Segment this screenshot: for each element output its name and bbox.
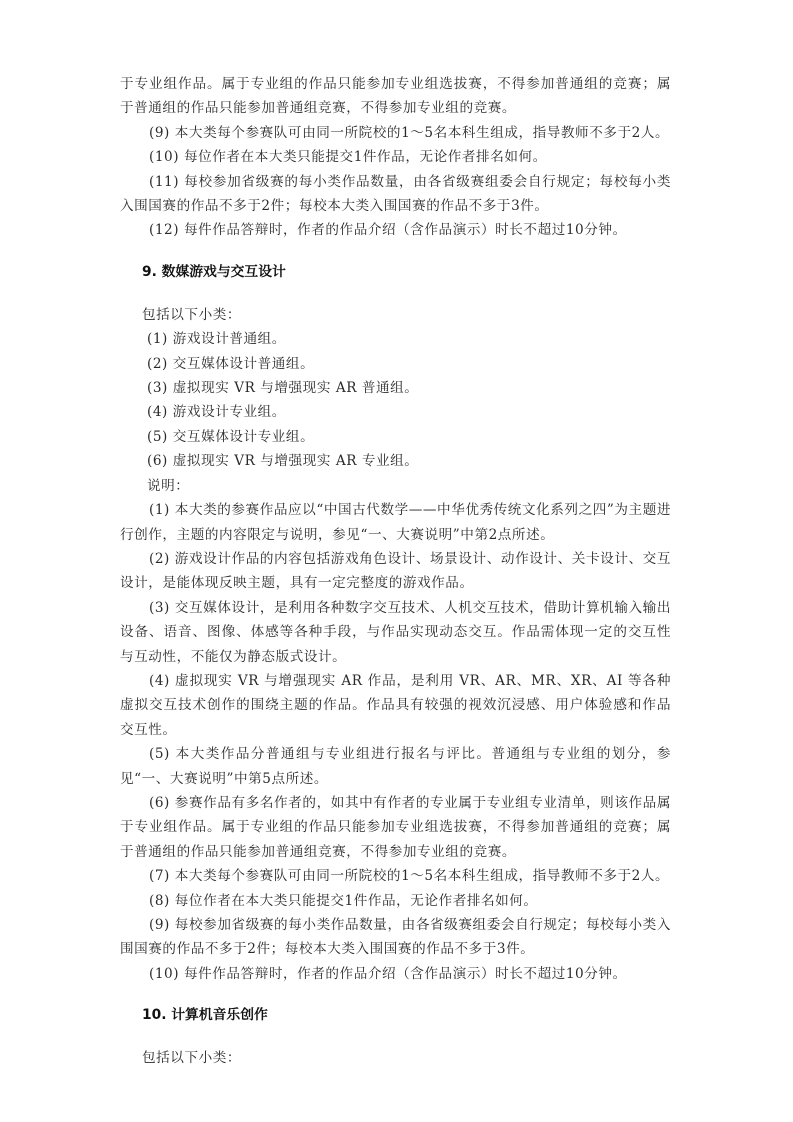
subcategory-item: (5) 交互媒体设计专业组。 [120, 425, 671, 449]
section-9-heading: 9. 数媒游戏与交互设计 [120, 260, 671, 284]
rule-item: (12) 每件作品答辩时，作者的作品介绍（含作品演示）时长不超过10分钟。 [120, 218, 671, 242]
subcategory-item: (3) 虚拟现实 VR 与增强现实 AR 普通组。 [120, 376, 671, 400]
continuation-paragraph: 于专业组作品。属于专业组的作品只能参加专业组选拔赛，不得参加普通组的竞赛；属于普… [120, 72, 671, 121]
note-item: (9) 每校参加省级赛的每小类作品数量，由各省级赛组委会自行规定；每校每小类入围… [120, 913, 671, 962]
note-item: (7) 本大类每个参赛队可由同一所院校的1～5名本科生组成，指导教师不多于2人。 [120, 864, 671, 888]
notes-label: 说明： [120, 474, 671, 498]
section-10-heading: 10. 计算机音乐创作 [120, 1003, 671, 1027]
note-item: (1) 本大类的参赛作品应以“中国古代数学——中华优秀传统文化系列之四”为主题进… [120, 498, 671, 547]
note-item: (8) 每位作者在本大类只能提交1件作品，无论作者排名如何。 [120, 889, 671, 913]
subcategory-intro: 包括以下小类： [120, 303, 671, 327]
subcategory-item: (6) 虚拟现实 VR 与增强现实 AR 专业组。 [120, 449, 671, 473]
rule-item: (9) 本大类每个参赛队可由同一所院校的1～5名本科生组成，指导教师不多于2人。 [120, 121, 671, 145]
note-item: (6) 参赛作品有多名作者的，如其中有作者的专业属于专业组专业清单，则该作品属于… [120, 791, 671, 864]
note-item: (10) 每件作品答辩时，作者的作品介绍（含作品演示）时长不超过10分钟。 [120, 962, 671, 986]
subcategory-item: (1) 游戏设计普通组。 [120, 327, 671, 351]
note-item: (4) 虚拟现实 VR 与增强现实 AR 作品，是利用 VR、AR、MR、XR、… [120, 669, 671, 742]
subcategory-item: (4) 游戏设计专业组。 [120, 400, 671, 424]
note-item: (5) 本大类作品分普通组与专业组进行报名与评比。普通组与专业组的划分，参见“一… [120, 742, 671, 791]
note-item: (2) 游戏设计作品的内容包括游戏角色设计、场景设计、动作设计、关卡设计、交互设… [120, 547, 671, 596]
subcategory-intro: 包括以下小类： [120, 1046, 671, 1070]
rule-item: (11) 每校参加省级赛的每小类作品数量，由各省级赛组委会自行规定；每校每小类入… [120, 170, 671, 219]
note-item: (3) 交互媒体设计，是利用各种数字交互技术、人机交互技术，借助计算机输入输出设… [120, 596, 671, 669]
document-page: 于专业组作品。属于专业组的作品只能参加专业组选拔赛，不得参加普通组的竞赛；属于普… [120, 72, 671, 1071]
rule-item: (10) 每位作者在本大类只能提交1件作品，无论作者排名如何。 [120, 145, 671, 169]
subcategory-item: (2) 交互媒体设计普通组。 [120, 352, 671, 376]
